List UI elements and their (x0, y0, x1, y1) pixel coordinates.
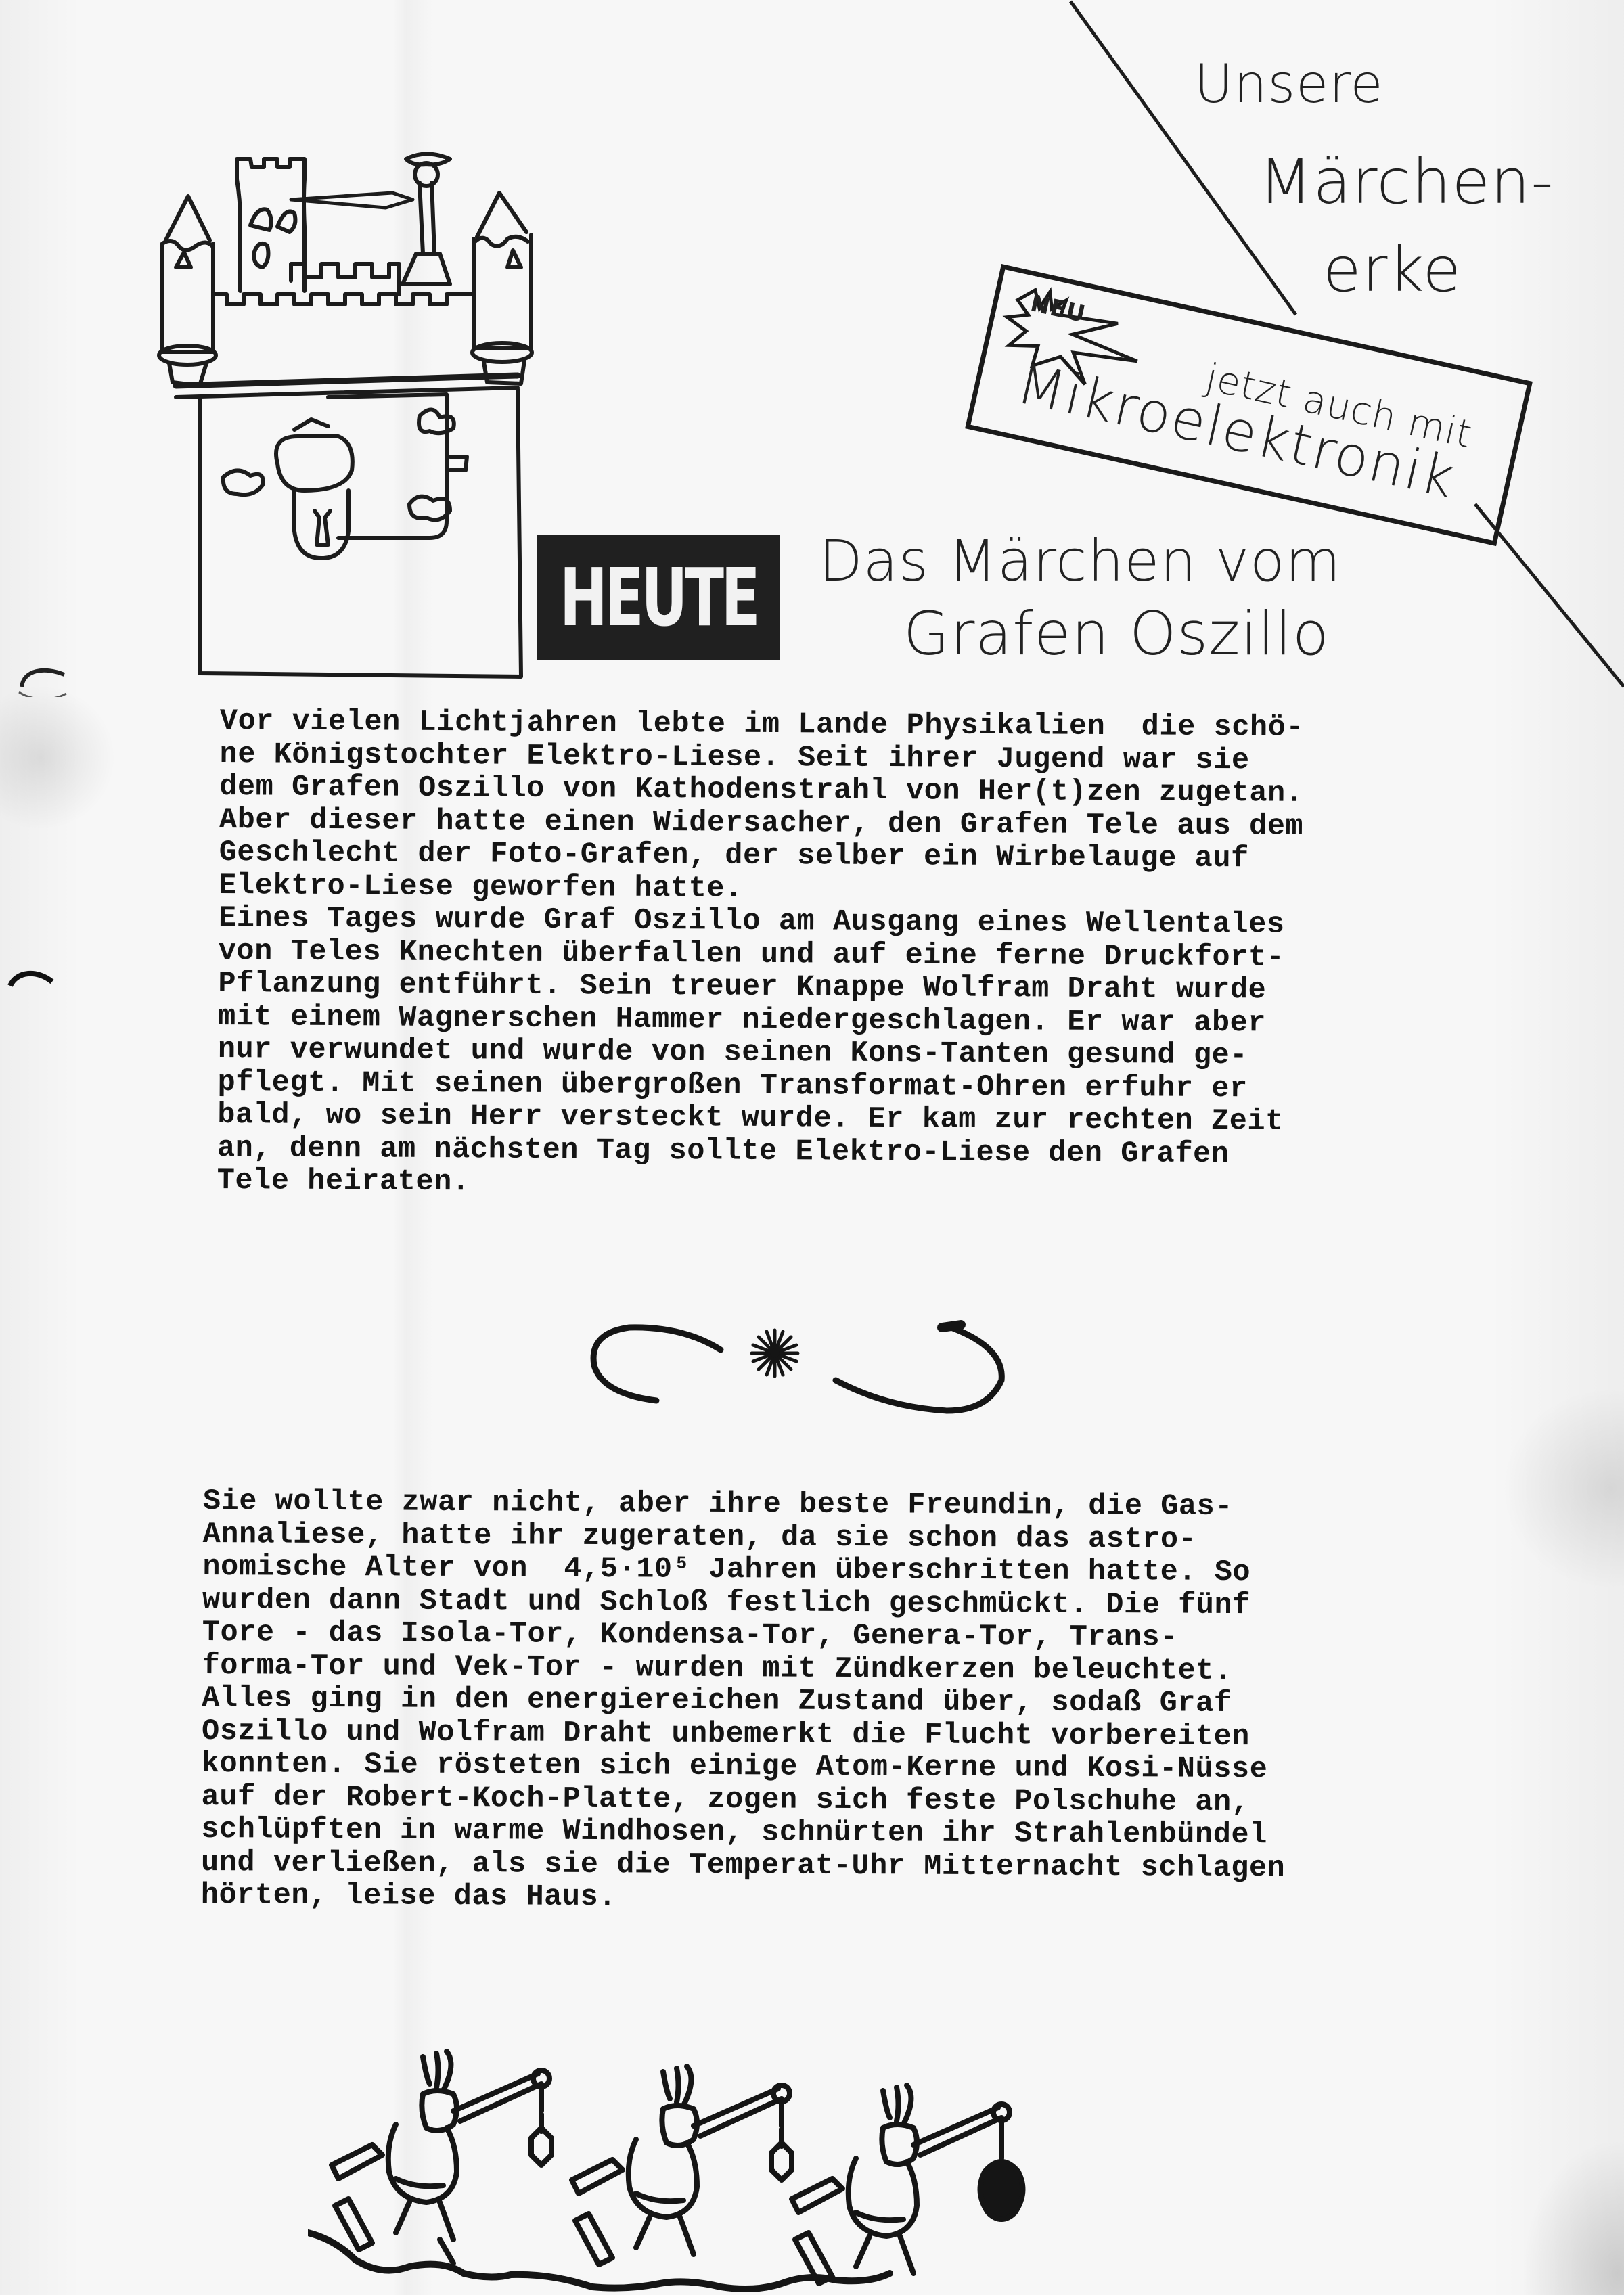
story-paragraph-2: Sie wollte zwar nicht, aber ihre beste F… (201, 1486, 1288, 1918)
infinity-star-divider-icon (568, 1286, 1029, 1414)
today-badge-label: HEUTE (560, 551, 758, 644)
story-title-line2: Grafen Oszillo (903, 599, 1330, 668)
story-paragraph-1: Vor vielen Lichtjahren lebte im Lande Ph… (217, 706, 1305, 1204)
marching-knights-icon (308, 2037, 1289, 2295)
ad-title-line2: Märchen- (1259, 145, 1554, 218)
story-title-line1: Das Märchen vom (819, 528, 1341, 594)
today-badge: HEUTE (537, 535, 780, 660)
text-line: Tele heiraten. (217, 1165, 1302, 1204)
text-line: hörten, leise das Haus. (201, 1880, 1285, 1918)
punch-hole-mark-bottom (3, 964, 58, 991)
castle-icon (142, 152, 541, 687)
ad-title-line3: erke (1323, 233, 1462, 306)
ad-title-line1: Unsere (1194, 54, 1384, 115)
